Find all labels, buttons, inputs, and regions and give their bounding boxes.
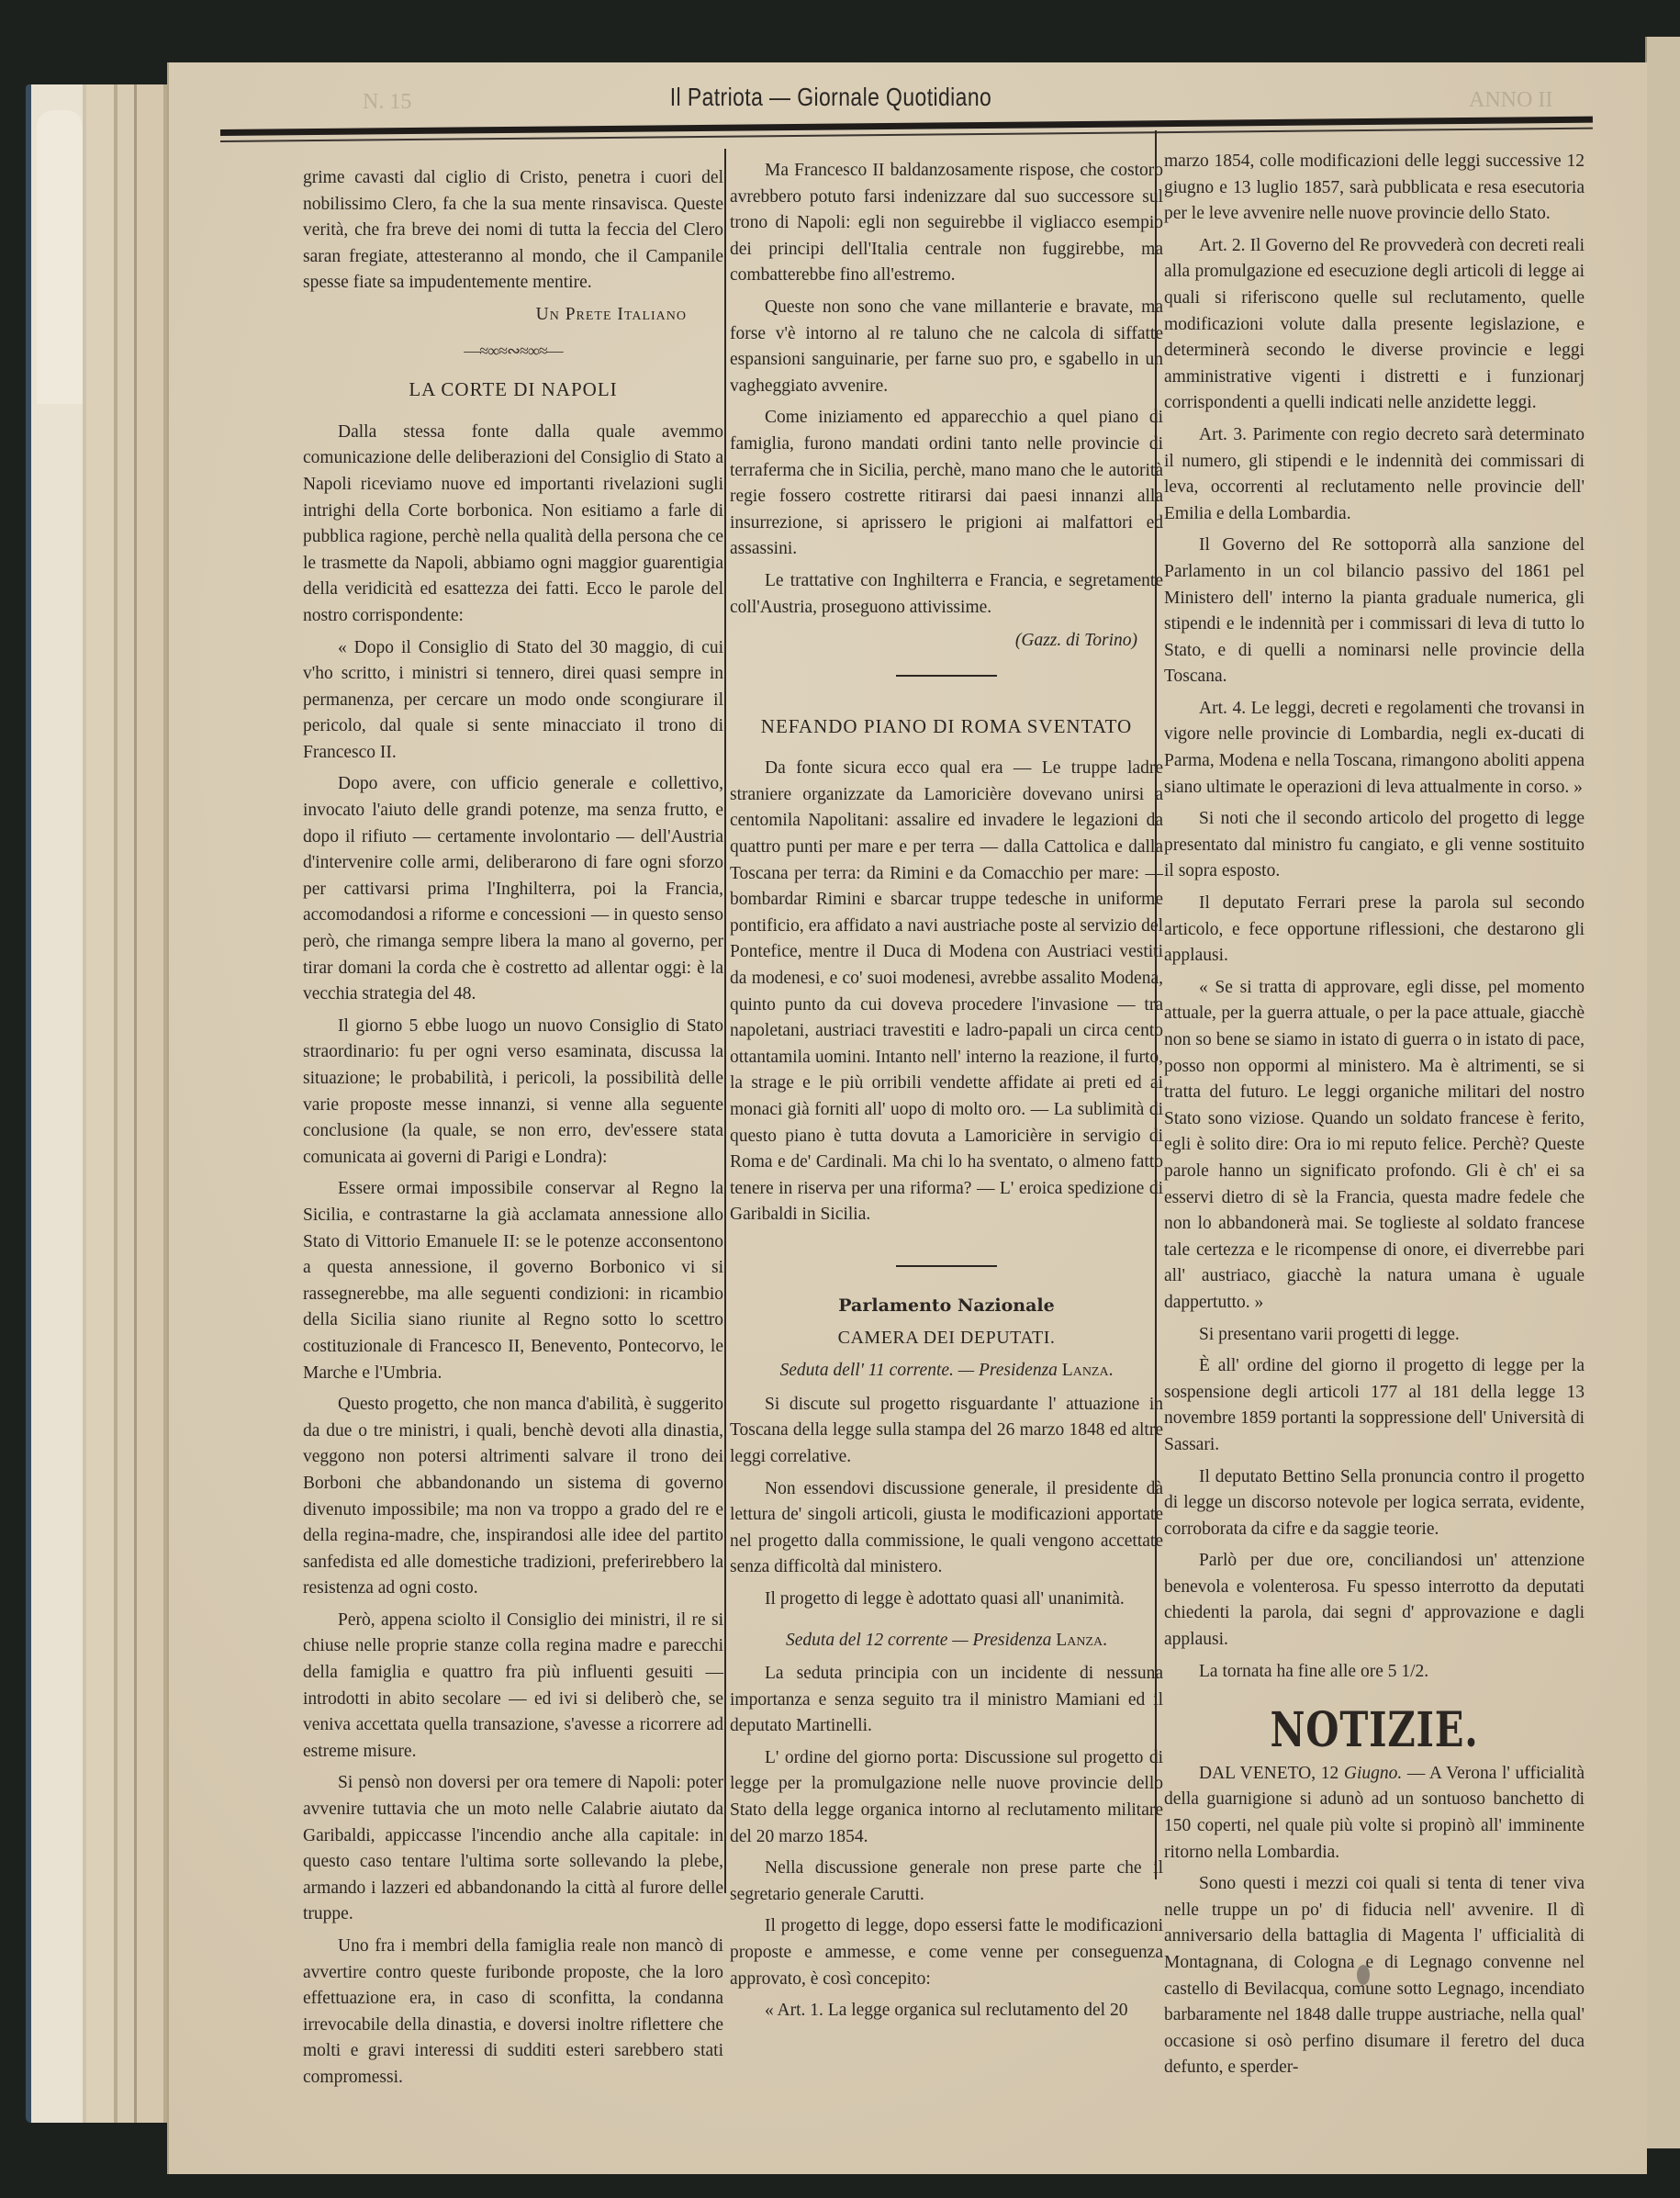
column-divider-1 <box>724 149 726 1893</box>
paragraph: Dalla stessa fonte dalla quale avemmo co… <box>303 420 723 630</box>
paragraph: Art. 4. Le leggi, decreti e regolamenti … <box>1164 696 1585 801</box>
paragraph: Art. 3. Parimente con regio decreto sarà… <box>1164 422 1585 527</box>
paragraph: Il giorno 5 ebbe luogo un nuovo Consigli… <box>303 1014 723 1172</box>
paragraph: Essere ormai impossibile conservar al Re… <box>303 1176 723 1386</box>
paragraph: Art. 2. Il Governo del Re provvederà con… <box>1164 233 1585 417</box>
paragraph: Da fonte sicura ecco qual era — Le trupp… <box>730 756 1163 1228</box>
column-2: Ma Francesco II baldanzosamente rispose,… <box>730 158 1163 2030</box>
session-label: Seduta dell' 11 corrente. — Presidenza <box>780 1361 1058 1380</box>
article-title: LA CORTE DI NAPOLI <box>303 376 723 403</box>
masthead-title: Il Patriota — Giornale Quotidiano <box>620 83 1041 112</box>
bleed-through-number: N. 15 <box>363 90 411 115</box>
paragraph: L' ordine del giorno porta: Discussione … <box>730 1745 1163 1850</box>
paragraph: Ma Francesco II baldanzosamente rispose,… <box>730 158 1163 289</box>
paragraph: Il progetto di legge è adottato quasi al… <box>730 1587 1163 1613</box>
paragraph: Il deputato Bettino Sella pronuncia cont… <box>1164 1464 1585 1543</box>
paragraph: Parlò per due ore, conciliandosi un' att… <box>1164 1548 1585 1653</box>
intro-paragraph: grime cavasti dal ciglio di Cristo, pene… <box>303 165 723 297</box>
paragraph: « Dopo il Consiglio di Stato del 30 magg… <box>303 635 723 767</box>
president-name: Lanza. <box>1056 1631 1107 1650</box>
news-date-month: Giugno. <box>1344 1764 1402 1783</box>
section-rule <box>896 675 997 677</box>
paragraph: Il deputato Ferrari prese la parola sul … <box>1164 891 1585 970</box>
paragraph: Però, appena sciolto il Consiglio dei mi… <box>303 1608 723 1766</box>
paragraph: Il progetto di legge, dopo essersi fatte… <box>730 1913 1163 1992</box>
session-heading: Seduta dell' 11 corrente. — Presidenza L… <box>730 1358 1163 1385</box>
ink-smudge <box>1357 1965 1370 1985</box>
session-heading: Seduta del 12 corrente — Presidenza Lanz… <box>730 1628 1163 1654</box>
book-edge-leaf <box>37 110 83 404</box>
bleed-through-year: ANNO II <box>1469 88 1552 113</box>
column-1: grime cavasti dal ciglio di Cristo, pene… <box>303 165 723 2097</box>
paragraph: La tornata ha fine alle ore 5 1/2. <box>1164 1659 1585 1686</box>
ornament-divider-icon: —≈∞≈∾≈∞≈— <box>303 338 723 364</box>
paragraph: « Art. 1. La legge organica sul reclutam… <box>730 1998 1163 2024</box>
source-attribution: (Gazz. di Torino) <box>730 628 1163 655</box>
paragraph: Si discute sul progetto risguardante l' … <box>730 1392 1163 1471</box>
subsection-heading: CAMERA DEI DEPUTATI. <box>730 1325 1163 1351</box>
paragraph: Queste non sono che vane millanterie e b… <box>730 295 1163 399</box>
paragraph: Non essendovi discussione generale, il p… <box>730 1476 1163 1581</box>
paragraph: Come iniziamento ed apparecchio a quel p… <box>730 405 1163 563</box>
next-page-edge <box>1645 37 1680 2148</box>
section-rule <box>896 1265 997 1267</box>
section-heading: Parlamento Nazionale <box>730 1293 1163 1319</box>
news-item: Sono questi i mezzi coi quali si tenta d… <box>1164 1871 1585 2081</box>
paragraph: Questo progetto, che non manca d'abilità… <box>303 1392 723 1602</box>
signature: Un Prete Italiano <box>303 302 723 329</box>
column-3: marzo 1854, colle modificazioni delle le… <box>1164 149 1585 2087</box>
paragraph: Dopo avere, con ufficio generale e colle… <box>303 771 723 1007</box>
paragraph: Le trattative con Inghilterra e Francia,… <box>730 568 1163 621</box>
paragraph: Uno fra i membri della famiglia reale no… <box>303 1934 723 2091</box>
president-name: Lanza. <box>1062 1361 1114 1380</box>
paragraph: Si presentano varii progetti di legge. <box>1164 1322 1585 1349</box>
session-label: Seduta del 12 corrente — Presidenza <box>786 1631 1051 1650</box>
news-dateline: DAL VENETO, 12 <box>1199 1764 1338 1783</box>
paragraph: « Se si tratta di approvare, egli disse,… <box>1164 975 1585 1317</box>
paragraph: È all' ordine del giorno il progetto di … <box>1164 1353 1585 1458</box>
news-heading: NOTIZIE. <box>1206 1718 1542 1744</box>
paragraph: Il Governo del Re sottoporrà alla sanzio… <box>1164 533 1585 690</box>
news-item: DAL VENETO, 12 Giugno. — A Verona l' uff… <box>1164 1761 1585 1866</box>
paragraph: Si pensò non doversi per ora temere di N… <box>303 1770 723 1928</box>
paragraph: Si noti che il secondo articolo del prog… <box>1164 806 1585 885</box>
paragraph: La seduta principia con un incidente di … <box>730 1661 1163 1740</box>
paragraph: marzo 1854, colle modificazioni delle le… <box>1164 149 1585 228</box>
article-title: NEFANDO PIANO DI ROMA SVENTATO <box>730 713 1163 740</box>
paragraph: Nella discussione generale non prese par… <box>730 1856 1163 1908</box>
